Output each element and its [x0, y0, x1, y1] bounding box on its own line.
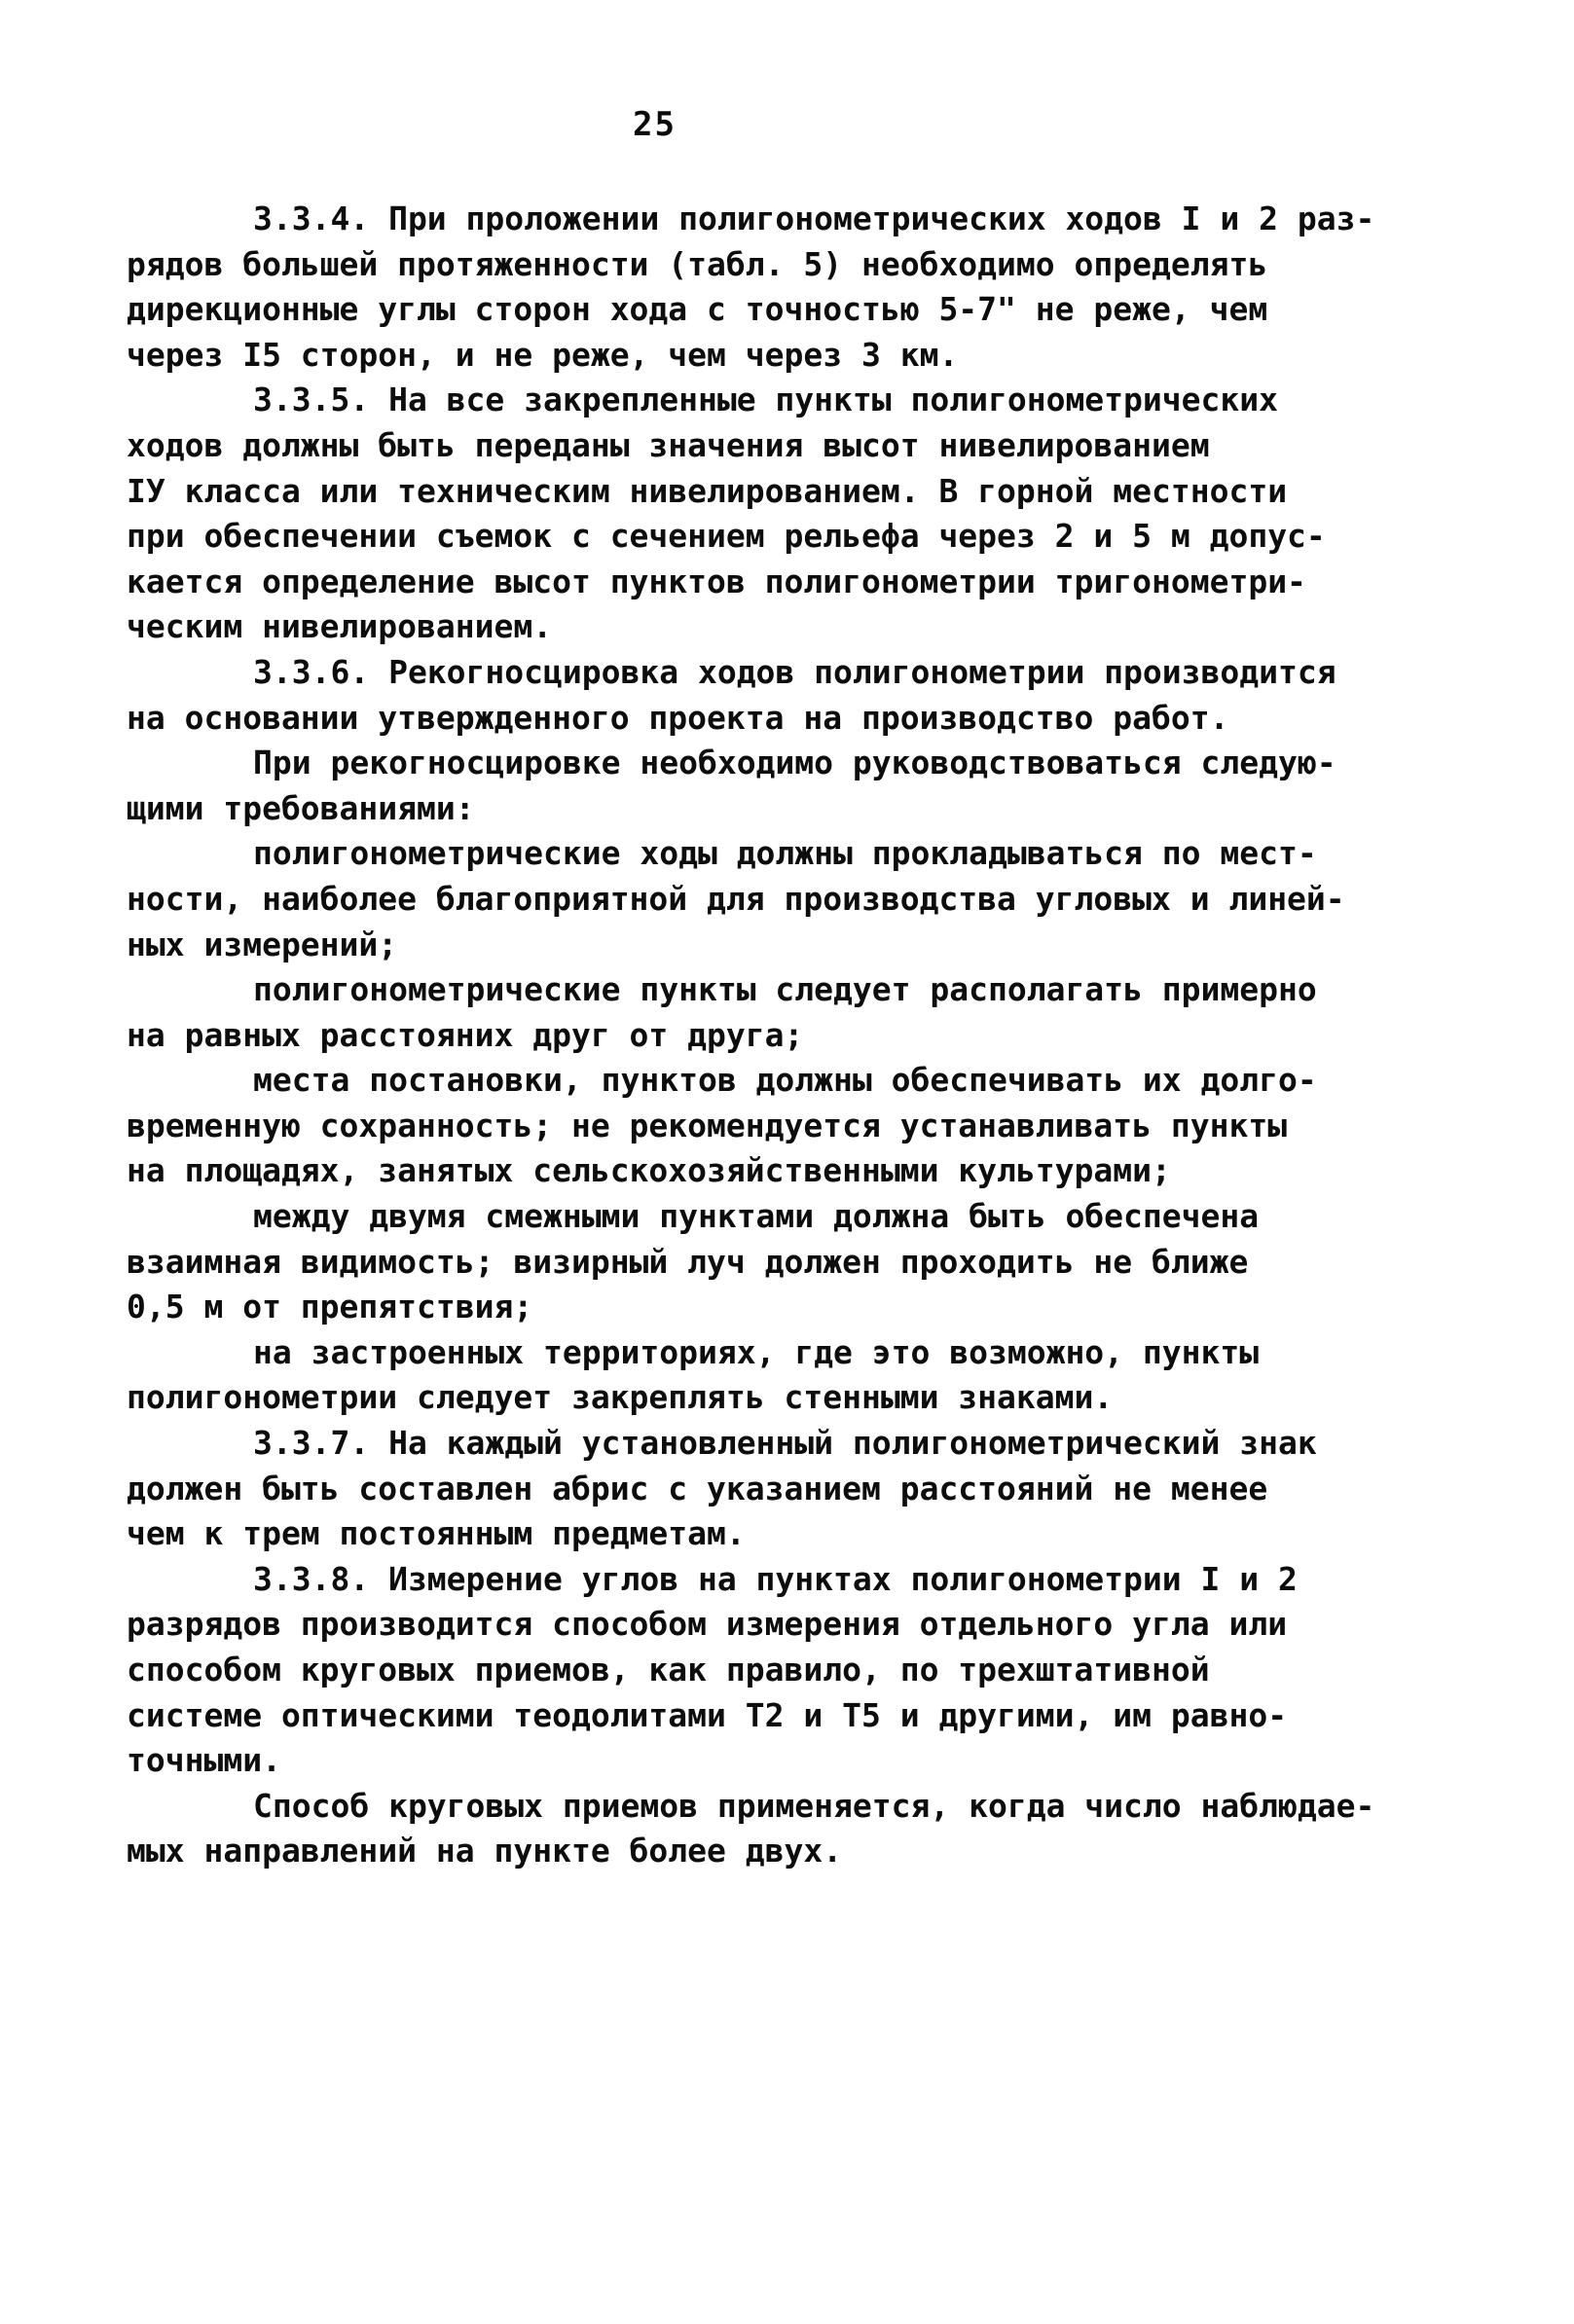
text-line: кается определение высот пунктов полигон… [127, 560, 1421, 605]
text-line: дирекционные углы сторон хода с точность… [127, 287, 1421, 333]
text-line: 0,5 м от препятствия; [127, 1285, 1421, 1330]
text-line: рядов большей протяженности (табл. 5) не… [127, 242, 1421, 288]
text-line: разрядов производится способом измерения… [127, 1602, 1421, 1648]
text-line: на равных расстояних друг от друга; [127, 1013, 1421, 1059]
text-line: между двумя смежными пунктами должна быт… [127, 1194, 1421, 1240]
text-line: полигонометрии следует закреплять стенны… [127, 1375, 1421, 1421]
text-line: 3.3.5. На все закрепленные пункты полиго… [127, 378, 1421, 423]
document-page: 25 3.3.4. При проложении полигонометриче… [0, 0, 1574, 2324]
text-line: временную сохранность; не рекомендуется … [127, 1104, 1421, 1149]
text-line: должен быть составлен абрис с указанием … [127, 1467, 1421, 1512]
text-line: 3.3.4. При проложении полигонометрически… [127, 197, 1421, 242]
text-line: Способ круговых приемов применяется, ког… [127, 1784, 1421, 1830]
text-line: щими требованиями: [127, 786, 1421, 832]
text-line: 3.3.7. На каждый установленный полигоном… [127, 1421, 1421, 1467]
text-line: на площадях, занятых сельскохозяйственны… [127, 1148, 1421, 1194]
text-line: ходов должны быть переданы значения высо… [127, 423, 1421, 469]
text-line: системе оптическими теодолитами Т2 и Т5 … [127, 1693, 1421, 1739]
text-line: на застроенных территориях, где это возм… [127, 1330, 1421, 1376]
text-line: взаимная видимость; визирный луч должен … [127, 1240, 1421, 1286]
text-line: ности, наиболее благоприятной для произв… [127, 877, 1421, 923]
text-line: IУ класса или техническим нивелированием… [127, 469, 1421, 515]
text-line: при обеспечении съемок с сечением рельеф… [127, 514, 1421, 560]
text-line: 3.3.6. Рекогносцировка ходов полигономет… [127, 650, 1421, 696]
text-line: места постановки, пунктов должны обеспеч… [127, 1058, 1421, 1104]
text-line: полигонометрические пункты следует распо… [127, 967, 1421, 1013]
document-text-block: 3.3.4. При проложении полигонометрически… [127, 197, 1421, 1874]
text-line: ных измерений; [127, 923, 1421, 968]
text-line: При рекогносцировке необходимо руководст… [127, 741, 1421, 786]
text-line: 3.3.8. Измерение углов на пунктах полиго… [127, 1557, 1421, 1603]
text-line: чем к трем постоянным предметам. [127, 1511, 1421, 1557]
text-line: способом круговых приемов, как правило, … [127, 1648, 1421, 1693]
page-number: 25 [633, 105, 677, 144]
text-line: мых направлений на пункте более двух. [127, 1829, 1421, 1874]
text-line: на основании утвержденного проекта на пр… [127, 696, 1421, 742]
text-line: точными. [127, 1738, 1421, 1784]
text-line: через I5 сторон, и не реже, чем через 3 … [127, 333, 1421, 379]
text-line: полигонометрические ходы должны проклады… [127, 831, 1421, 877]
text-line: ческим нивелированием. [127, 604, 1421, 650]
